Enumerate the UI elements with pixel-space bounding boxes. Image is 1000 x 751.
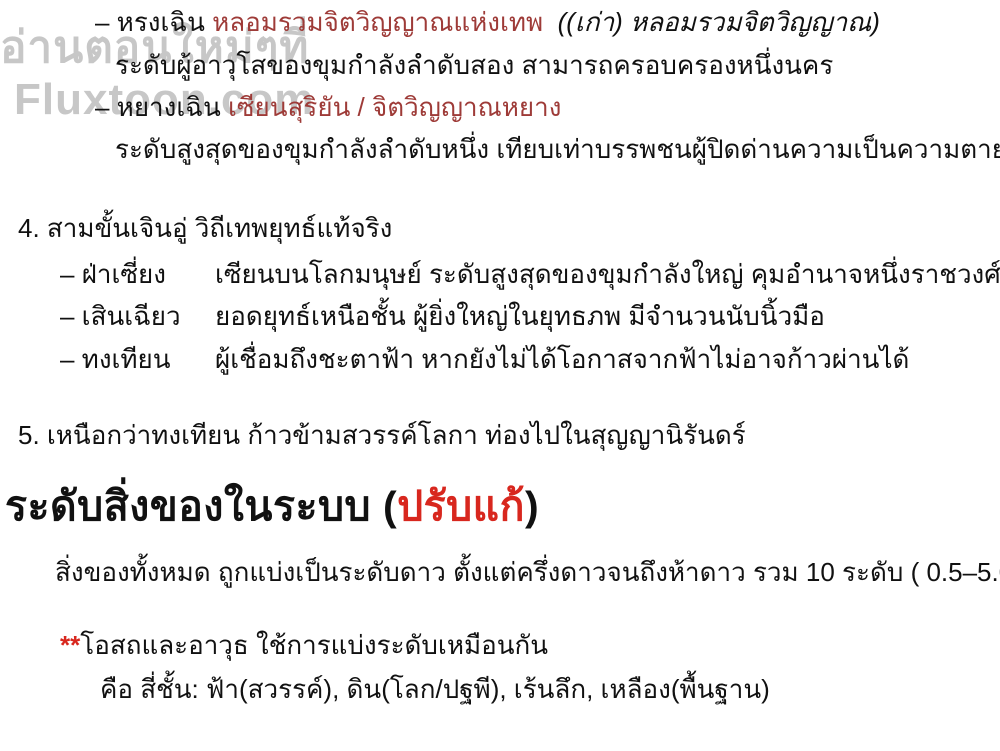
heading-revised-label: ปรับแก้ [397,483,525,529]
line-rong-chen: – หรงเฉิน หลอมรวมจิตวิญญาณแห่งเทพ ((เก่า… [95,6,880,39]
list-item-fa-xiang: – ฝ่าเซี่ยงเซียนบนโลกมนุษย์ ระดับสูงสุดข… [60,254,1000,295]
note-text: โอสถและอาวุธ ใช้การแบ่งระดับเหมือนกัน [80,630,548,660]
rank-name: – ทงเทียน [60,339,215,380]
section4-title: 4. สามขั้นเจินอู่ วิถีเทพยุทธ์แท้จริง [18,212,392,245]
heading-text: ระดับสิ่งของในระบบ ( [5,483,397,529]
spacer [543,7,557,37]
yang-chen-description: ระดับสูงสุดของขุมกำลังลำดับหนึ่ง เทียบเท… [115,133,1000,166]
rong-chen-description: ระดับผู้อาวุโสของขุมกำลังลำดับสอง สามารถ… [115,49,833,82]
star-rating-description: สิ่งของทั้งหมด ถูกแบ่งเป็นระดับดาว ตั้งแ… [55,556,1000,589]
list-item-shen-qiao: – เสินเฉียวยอดยุทธ์เหนือชั้น ผู้ยิ่งใหญ่… [60,296,825,337]
item-levels-heading: ระดับสิ่งของในระบบ (ปรับแก้) [5,481,539,532]
document-page: อ่านตอนใหม่ๆที่ Fluxtoon.com – หรงเฉิน ห… [0,0,1000,751]
rank-description: ยอดยุทธ์เหนือชั้น ผู้ยิ่งใหญ่ในยุทธภพ มี… [215,301,825,331]
rank-description: ผู้เชื่อมถึงชะตาฟ้า หากยังไม่ได้โอกาสจาก… [215,344,909,374]
heading-close-paren: ) [525,483,539,529]
rank-name: – เสินเฉียว [60,296,215,337]
rong-chen-name: – หรงเฉิน [95,7,212,37]
rong-chen-old-note: ((เก่า) หลอมรวมจิตวิญญาณ) [558,7,880,37]
rong-chen-technique: หลอมรวมจิตวิญญาณแห่งเทพ [212,7,543,37]
rank-name: – ฝ่าเซี่ยง [60,254,215,295]
yang-chen-technique: เซียนสุริยัน / จิตวิญญาณหยาง [228,92,561,122]
note-asterisks: ** [60,630,80,660]
note-line: **โอสถและอาวุธ ใช้การแบ่งระดับเหมือนกัน [60,629,548,662]
note-detail: คือ สี่ชั้น: ฟ้า(สวรรค์), ดิน(โลก/ปฐพี),… [100,673,770,706]
list-item-tong-tian: – ทงเทียนผู้เชื่อมถึงชะตาฟ้า หากยังไม่ได… [60,339,909,380]
rank-description: เซียนบนโลกมนุษย์ ระดับสูงสุดของขุมกำลังใ… [215,259,1000,289]
section5-text: 5. เหนือกว่าทงเทียน ก้าวข้ามสวรรค์โลกา ท… [18,419,746,452]
yang-chen-name: – หยางเฉิน [95,92,228,122]
line-yang-chen: – หยางเฉิน เซียนสุริยัน / จิตวิญญาณหยาง [95,91,561,124]
